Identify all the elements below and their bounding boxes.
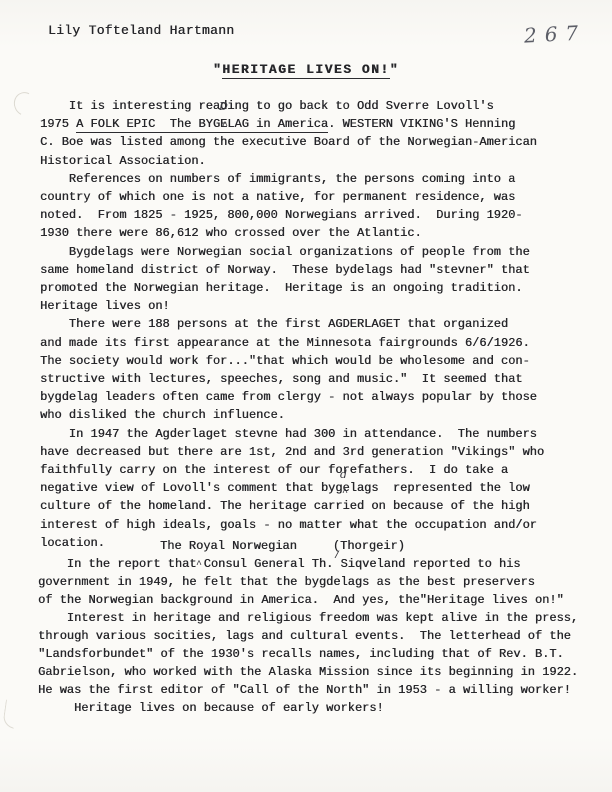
text-line: through various socities, lags and cultu…	[38, 627, 578, 645]
text-line: country of which one is not a native, fo…	[40, 188, 544, 206]
text-line: culture of the homeland. The heritage ca…	[40, 497, 544, 515]
text-line: noted. From 1825 - 1925, 800,000 Norwegi…	[40, 206, 544, 224]
text-line: Historical Association.	[40, 152, 544, 170]
text-line: Heritage lives on!	[40, 297, 544, 315]
insertion-slash: /	[334, 551, 340, 562]
text-line: "Landsforbundet" of the 1930's recalls n…	[38, 645, 578, 663]
text-line: faithfully carry on the interest of our …	[40, 461, 544, 479]
text-line: Interest in heritage and religious freed…	[38, 609, 578, 627]
text-line: Gabrielson, who worked with the Alaska M…	[38, 663, 578, 681]
text-line: In 1947 the Agderlaget stevne had 300 in…	[40, 425, 544, 443]
text-line: bygdelag leaders often came from clergy …	[40, 388, 544, 406]
text-line: References on numbers of immigrants, the…	[40, 170, 544, 188]
text-line: who disliked the church influence.	[40, 406, 544, 424]
text-segment: . WESTERN VIKING'S Henning	[328, 117, 515, 131]
text-line: negative view of Lovoll's comment that b…	[40, 479, 544, 497]
text-line: In the report that Consul General Th. Si…	[38, 555, 578, 573]
handwritten-correction-D: D	[219, 100, 228, 113]
text-line: structive with lectures, speeches, song …	[40, 370, 544, 388]
typewritten-body: It is interesting reading to go back to …	[0, 0, 612, 792]
text-line: The society would work for..."that which…	[40, 352, 544, 370]
paragraph-block: In the report that Consul General Th. Si…	[38, 555, 578, 717]
text-line: 1930 there were 86,612 who crossed over …	[40, 224, 544, 242]
handwritten-correction-d: d	[340, 468, 347, 481]
text-line: 1975 A FOLK EPIC The BYGELAG in America.…	[40, 115, 544, 133]
typed-insert-line: The Royal Norwegian (Thorgeir)	[160, 539, 405, 553]
text-line: He was the first editor of "Call of the …	[38, 681, 578, 699]
insertion-caret-3: ^	[196, 560, 202, 571]
insertion-caret-2: ^	[342, 488, 348, 499]
paragraph-block: It is interesting reading to go back to …	[40, 97, 544, 552]
text-line: C. Boe was listed among the executive Bo…	[40, 133, 544, 151]
insertion-caret-1: ^	[222, 121, 228, 132]
text-segment: 1975	[40, 117, 76, 131]
scanned-document-page: Lily Tofteland Hartmann 267 "HERITAGE LI…	[0, 0, 612, 792]
text-line: It is interesting reading to go back to …	[40, 97, 544, 115]
text-line: and made its first appearance at the Min…	[40, 334, 544, 352]
text-line: There were 188 persons at the first AGDE…	[40, 315, 544, 333]
text-line: Bygdelags were Norwegian social organiza…	[40, 243, 544, 261]
text-line: have decreased but there are 1st, 2nd an…	[40, 443, 544, 461]
text-line: interest of high ideals, goals - no matt…	[40, 516, 544, 534]
text-line: government in 1949, he felt that the byg…	[38, 573, 578, 591]
text-line: promoted the Norwegian heritage. Heritag…	[40, 279, 544, 297]
underlined-text: A FOLK EPIC The BYGELAG in America	[76, 117, 328, 133]
text-line: Heritage lives on because of early worke…	[38, 699, 578, 717]
text-line: of the Norwegian background in America. …	[38, 591, 578, 609]
text-line: same homeland district of Norway. These …	[40, 261, 544, 279]
